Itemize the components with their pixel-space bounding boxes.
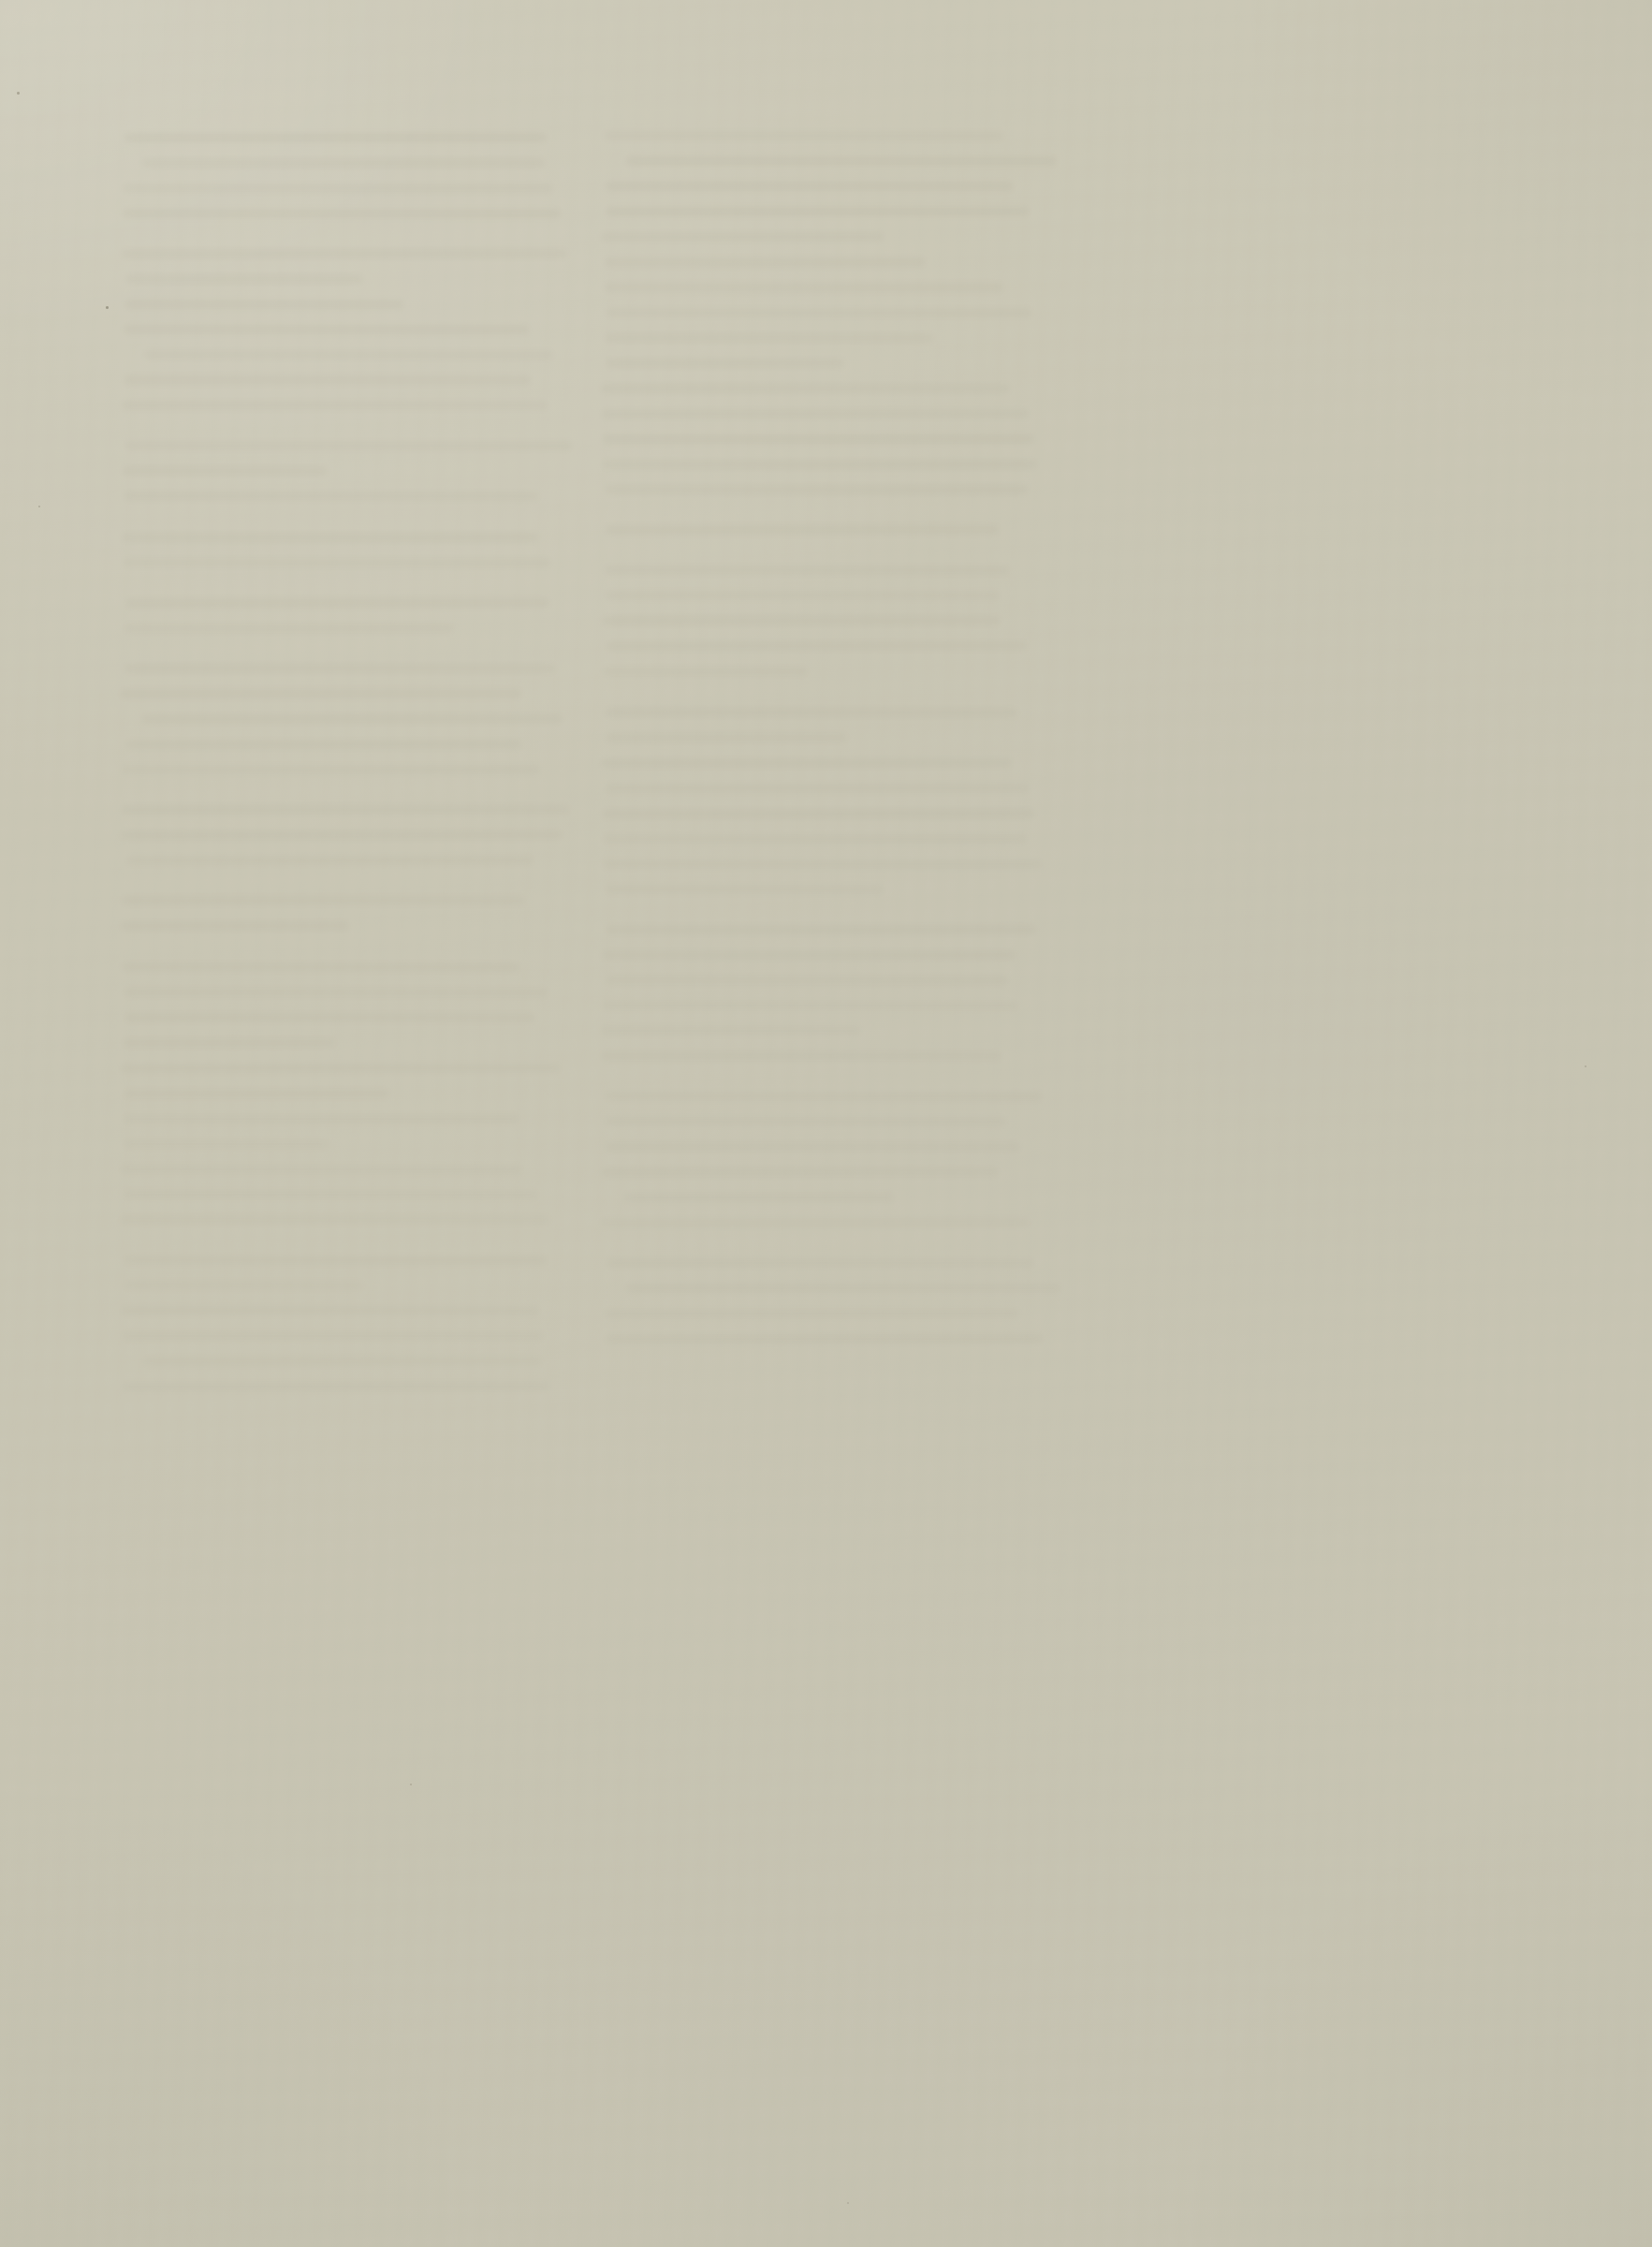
ghost-line [124, 1089, 389, 1098]
ghost-line [607, 641, 1027, 651]
ghost-line [624, 1193, 894, 1202]
ghost-line [607, 925, 1036, 934]
ghost-line [124, 1114, 519, 1123]
ghost-line [607, 1258, 1033, 1268]
ghost-line [606, 1142, 1021, 1152]
ghost-line [124, 325, 530, 334]
ghost-line [121, 1165, 521, 1174]
ghost-line [606, 1092, 1042, 1101]
ghost-line [124, 624, 454, 633]
ghost-line [607, 207, 1029, 216]
dust-speck [410, 1784, 412, 1785]
ghost-line [601, 1218, 1029, 1227]
ghost-line [144, 1357, 542, 1366]
ghost-line [124, 1139, 329, 1149]
ghost-line [121, 921, 349, 931]
ghost-line [605, 283, 1002, 292]
ghost-line [606, 733, 848, 742]
ghost-line [606, 485, 1029, 494]
ghost-line [626, 1284, 1060, 1293]
ghost-line [123, 1382, 549, 1391]
ghost-line [603, 834, 1026, 844]
ghost-line [124, 133, 546, 142]
ghost-line [121, 689, 521, 698]
ghost-line [123, 209, 562, 218]
ghost-line [602, 1026, 861, 1035]
ghost-line [126, 856, 533, 865]
ghost-line [122, 401, 548, 410]
ghost-line [601, 232, 884, 242]
ghost-line [605, 1309, 1019, 1318]
ghost-line [123, 1331, 545, 1341]
ghost-line [121, 1064, 560, 1073]
ghost-line [144, 350, 553, 360]
ghost-line [603, 616, 1001, 625]
ghost-line [603, 1001, 1017, 1010]
ghost-line [124, 558, 551, 567]
ghost-line [606, 1334, 1043, 1344]
ghost-line [606, 1117, 1006, 1126]
ghost-line [122, 765, 540, 774]
ghost-line [604, 131, 1003, 140]
ghost-line [602, 809, 1035, 818]
dust-speck [17, 92, 20, 95]
ghost-line [123, 466, 328, 476]
ghost-line [124, 1038, 335, 1048]
ghost-line [142, 714, 563, 724]
ghost-line [125, 1013, 536, 1022]
ghost-line [124, 492, 538, 501]
dust-speck [38, 506, 40, 507]
ghost-line [124, 1190, 537, 1199]
ghost-line [603, 859, 1041, 869]
dust-speck [106, 306, 109, 309]
dust-speck [847, 2202, 849, 2204]
page-shading [0, 0, 1652, 2247]
ghost-line [607, 885, 884, 894]
ghost-line [124, 1256, 546, 1265]
ghost-line [122, 1306, 539, 1315]
ghost-line [606, 333, 933, 343]
ghost-line [606, 525, 999, 535]
ghost-line [124, 375, 531, 385]
ghost-line [602, 1051, 1001, 1061]
ghost-line [602, 1168, 999, 1177]
ghost-line [121, 1215, 550, 1225]
ghost-line [606, 784, 1029, 793]
scanned-blank-page [0, 0, 1652, 2247]
ghost-line [121, 830, 562, 840]
ghost-line [122, 805, 568, 815]
ghost-line [122, 962, 519, 972]
ghost-line [602, 950, 1016, 960]
ghost-line [607, 308, 1032, 317]
ghost-line [125, 274, 363, 284]
ghost-line [602, 409, 1030, 419]
ghost-line [603, 667, 807, 676]
ghost-line [606, 591, 1000, 600]
ghost-line [122, 896, 525, 905]
ghost-line [601, 758, 1012, 768]
ghost-line [605, 565, 1010, 575]
ghost-line [601, 384, 1010, 393]
ghost-line [124, 1281, 363, 1290]
ghost-line [124, 300, 403, 309]
ghost-line [606, 708, 1017, 717]
ghost-line [626, 156, 1057, 166]
dust-speck [1585, 1065, 1586, 1067]
ghost-line [123, 184, 552, 193]
paper-texture [0, 0, 1652, 2247]
ghost-line [124, 988, 548, 997]
ghost-line [603, 460, 1035, 469]
ghost-line [125, 441, 572, 450]
ghost-line [603, 434, 1034, 444]
ghost-line [607, 359, 844, 368]
ghost-line [126, 740, 521, 749]
ghost-line [126, 598, 549, 608]
ghost-line [142, 158, 544, 168]
ghost-line [605, 257, 925, 267]
ghost-line [607, 976, 1009, 985]
ghost-line [122, 249, 567, 258]
ghost-line [125, 664, 555, 673]
ghost-line [122, 533, 538, 542]
ghost-line [606, 182, 1014, 191]
